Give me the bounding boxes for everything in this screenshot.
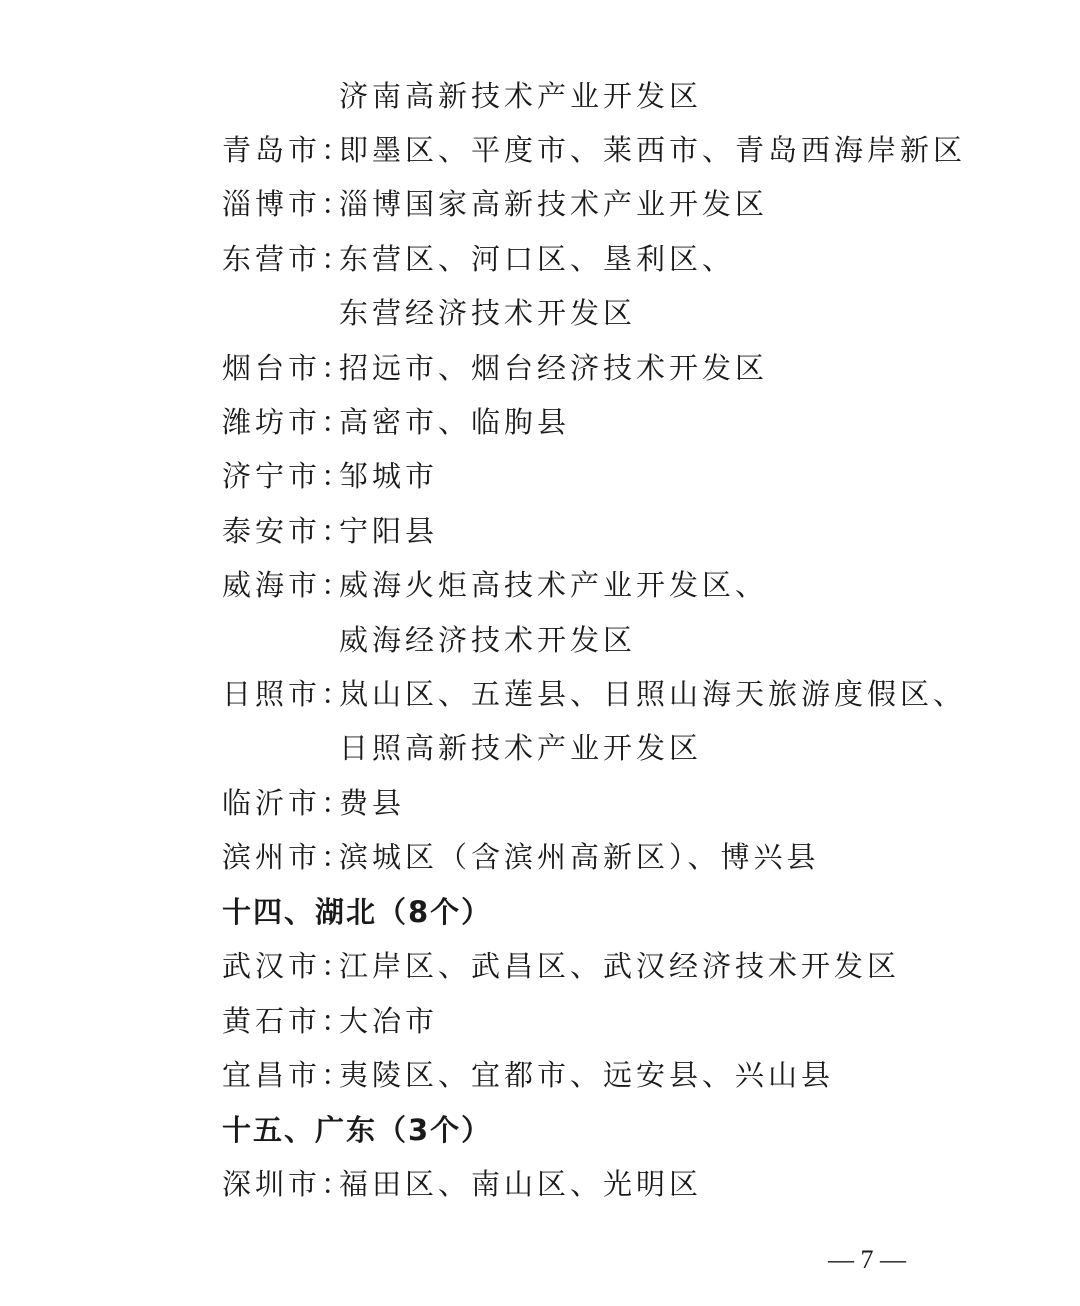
- district-list: 济南高新技术产业开发区: [339, 79, 702, 113]
- city-entry-wuhan: 武汉市：江岸区、武昌区、武汉经济技术开发区: [222, 946, 900, 986]
- city-label: 深圳市：: [222, 1164, 339, 1204]
- city-entry-yantai: 烟台市：招远市、烟台经济技术开发区: [222, 348, 768, 388]
- page-number: — 7 —: [828, 1244, 906, 1276]
- district-list: 淄博国家高新技术产业开发区: [339, 187, 768, 221]
- city-label: 滨州市：: [222, 837, 339, 877]
- continuation-line: 日照高新技术产业开发区: [339, 728, 702, 768]
- city-entry-weifang: 潍坊市：高密市、临朐县: [222, 402, 570, 442]
- district-list: 东营经济技术开发区: [339, 296, 636, 330]
- continuation-line: 威海经济技术开发区: [339, 620, 636, 660]
- city-entry-binzhou: 滨州市：滨城区（含滨州高新区）、博兴县: [222, 837, 820, 877]
- heading-text: 十四、湖北（8个）: [222, 895, 492, 929]
- city-entry-huangshi: 黄石市：大冶市: [222, 1001, 438, 1041]
- district-list: 费县: [339, 786, 405, 820]
- city-entry-jining: 济宁市：邹城市: [222, 456, 438, 496]
- heading-text: 十五、广东（3个）: [222, 1113, 492, 1147]
- city-entry-taian: 泰安市：宁阳县: [222, 511, 438, 551]
- district-list: 招远市、烟台经济技术开发区: [339, 351, 768, 385]
- district-list: 宁阳县: [339, 514, 438, 548]
- district-list: 即墨区、平度市、莱西市、青岛西海岸新区: [339, 133, 966, 167]
- section-heading-hubei: 十四、湖北（8个）: [222, 892, 492, 932]
- district-list: 江岸区、武昌区、武汉经济技术开发区: [339, 949, 900, 983]
- city-label: 武汉市：: [222, 946, 339, 986]
- city-entry-rizhao: 日照市：岚山区、五莲县、日照山海天旅游度假区、: [222, 674, 966, 714]
- city-label: 潍坊市：: [222, 402, 339, 442]
- city-label: 威海市：: [222, 565, 339, 605]
- district-list: 大冶市: [339, 1004, 438, 1038]
- district-list: 日照高新技术产业开发区: [339, 731, 702, 765]
- city-label: 东营市：: [222, 239, 339, 279]
- district-list: 威海经济技术开发区: [339, 623, 636, 657]
- district-list: 东营区、河口区、垦利区、: [339, 242, 735, 276]
- city-label: 烟台市：: [222, 348, 339, 388]
- city-label: 泰安市：: [222, 511, 339, 551]
- city-entry-linyi: 临沂市：费县: [222, 783, 405, 823]
- city-entry-shenzhen: 深圳市：福田区、南山区、光明区: [222, 1164, 702, 1204]
- continuation-line: 东营经济技术开发区: [339, 293, 636, 333]
- city-label: 宜昌市：: [222, 1055, 339, 1095]
- district-list: 高密市、临朐县: [339, 405, 570, 439]
- city-label: 日照市：: [222, 674, 339, 714]
- continuation-line: 济南高新技术产业开发区: [339, 76, 702, 116]
- district-list: 岚山区、五莲县、日照山海天旅游度假区、: [339, 677, 966, 711]
- city-entry-weihai: 威海市：威海火炬高技术产业开发区、: [222, 565, 768, 605]
- city-entry-zibo: 淄博市：淄博国家高新技术产业开发区: [222, 184, 768, 224]
- city-entry-yichang: 宜昌市：夷陵区、宜都市、远安县、兴山县: [222, 1055, 834, 1095]
- district-list: 威海火炬高技术产业开发区、: [339, 568, 768, 602]
- district-list: 邹城市: [339, 459, 438, 493]
- district-list: 滨城区（含滨州高新区）、博兴县: [339, 840, 820, 874]
- city-label: 黄石市：: [222, 1001, 339, 1041]
- city-entry-qingdao: 青岛市：即墨区、平度市、莱西市、青岛西海岸新区: [222, 130, 966, 170]
- district-list: 夷陵区、宜都市、远安县、兴山县: [339, 1058, 834, 1092]
- district-list: 福田区、南山区、光明区: [339, 1167, 702, 1201]
- city-entry-dongying: 东营市：东营区、河口区、垦利区、: [222, 239, 735, 279]
- city-label: 济宁市：: [222, 456, 339, 496]
- city-label: 淄博市：: [222, 184, 339, 224]
- section-heading-guangdong: 十五、广东（3个）: [222, 1110, 492, 1150]
- document-page: 济南高新技术产业开发区 青岛市：即墨区、平度市、莱西市、青岛西海岸新区 淄博市：…: [0, 0, 1080, 1306]
- city-label: 临沂市：: [222, 783, 339, 823]
- city-label: 青岛市：: [222, 130, 339, 170]
